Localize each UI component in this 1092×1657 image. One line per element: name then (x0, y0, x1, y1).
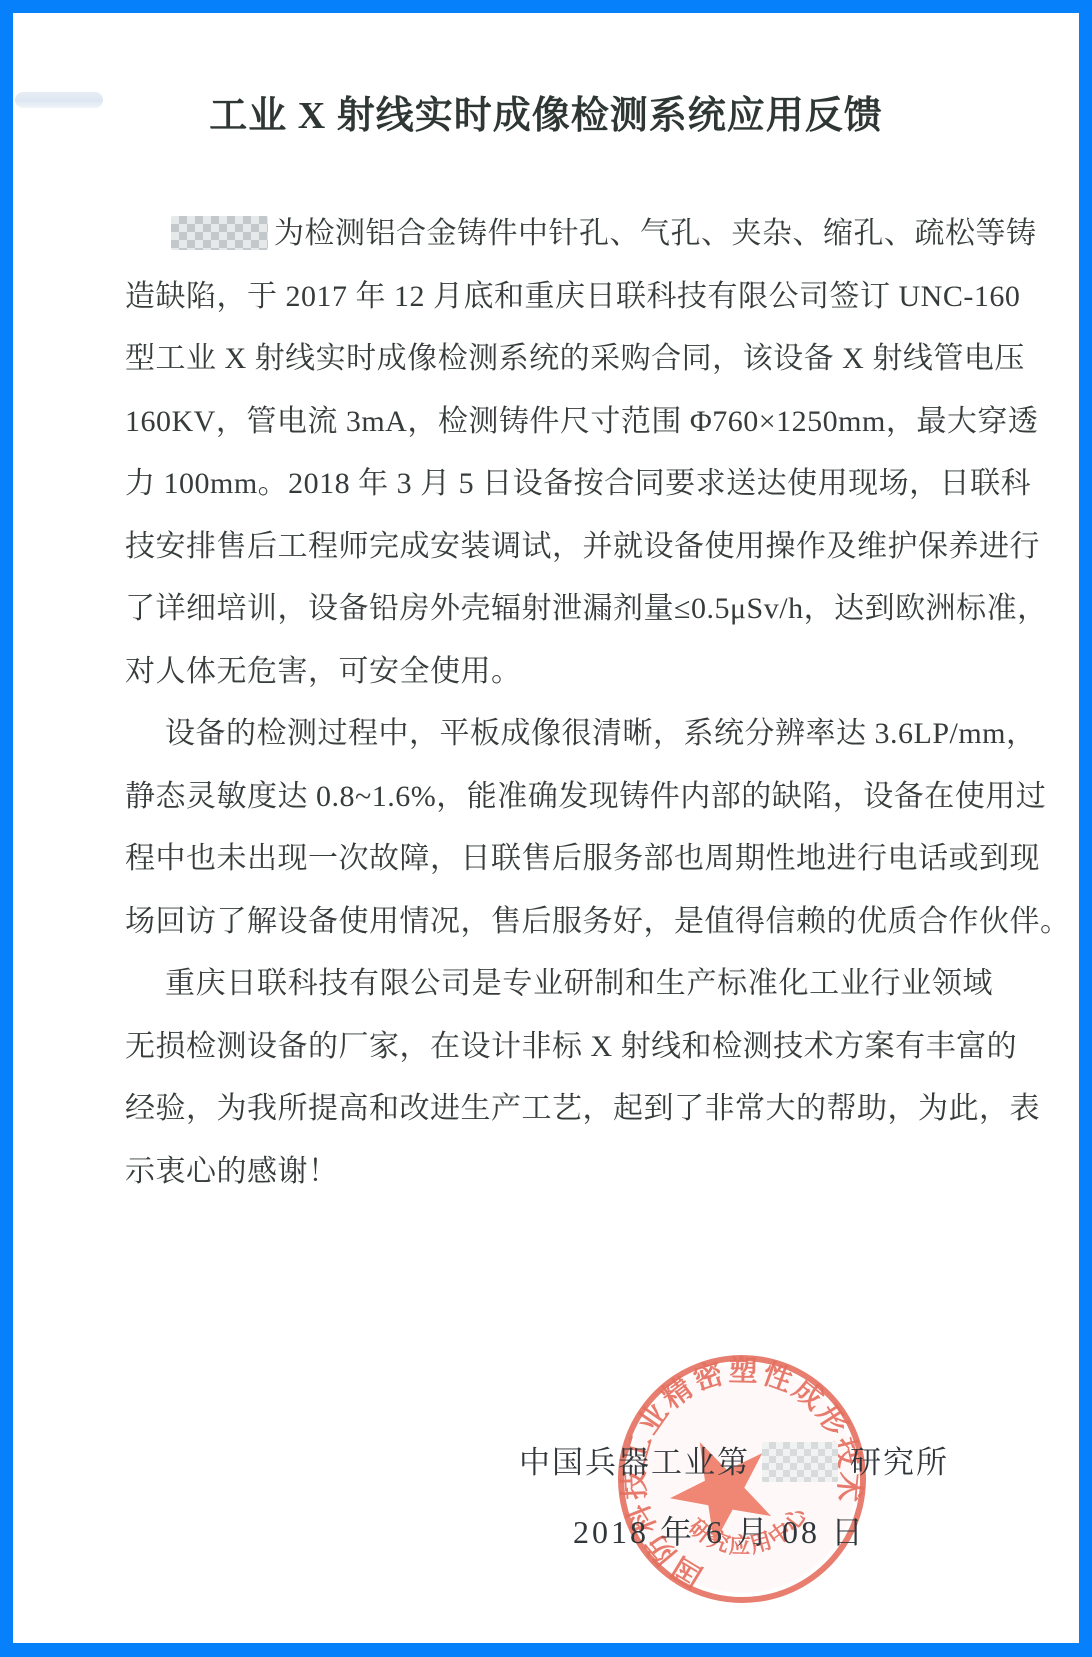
document-title: 工业 X 射线实时成像检测系统应用反馈 (13, 84, 1079, 139)
body-line: 对人体无危害，可安全使用。 (125, 641, 993, 704)
document-sheet: 工业 X 射线实时成像检测系统应用反馈 为检测铝合金铸件中针孔、气孔、夹杂、缩孔… (13, 13, 1079, 1643)
body-line: 场回访了解设备使用情况，售后服务好，是值得信赖的优质合作伙伴。 (125, 891, 993, 954)
body-text: 为检测铝合金铸件中针孔、气孔、夹杂、缩孔、疏松等铸 造缺陷，于 2017 年 1… (125, 203, 993, 1203)
signature-date: 2018 年 6 月 08 日 (573, 1507, 866, 1553)
body-line: 示衷心的感谢！ (125, 1141, 993, 1204)
body-line: 设备的检测过程中，平板成像很清晰，系统分辨率达 3.6LP/mm， (125, 703, 993, 766)
signature-org-suffix: 研究所 (850, 1445, 949, 1480)
body-line: 力 100mm。2018 年 3 月 5 日设备按合同要求送达使用现场，日联科 (125, 453, 993, 516)
body-line: 为检测铝合金铸件中针孔、气孔、夹杂、缩孔、疏松等铸 (125, 203, 993, 266)
body-line: 重庆日联科技有限公司是专业研制和生产标准化工业行业领域 (125, 953, 993, 1016)
body-line: 经验，为我所提高和改进生产工艺，起到了非常大的帮助，为此，表 (125, 1078, 993, 1141)
body-line: 静态灵敏度达 0.8~1.6%，能准确发现铸件内部的缺陷，设备在使用过 (125, 766, 993, 829)
body-line: 160KV，管电流 3mA，检测铸件尺寸范围 Φ760×1250mm，最大穿透 (125, 391, 993, 454)
body-line: 造缺陷，于 2017 年 12 月底和重庆日联科技有限公司签订 UNC-160 (125, 266, 993, 329)
redaction-blob (171, 216, 268, 250)
redaction-blob-signature (762, 1442, 838, 1482)
page-frame: { "document": { "title": "工业 X 射线实时成像检测系… (0, 0, 1092, 1657)
body-line: 无损检测设备的厂家，在设计非标 X 射线和检测技术方案有丰富的 (125, 1016, 993, 1079)
body-line-text: 为检测铝合金铸件中针孔、气孔、夹杂、缩孔、疏松等铸 (274, 217, 1037, 250)
body-line: 型工业 X 射线实时成像检测系统的采购合同，该设备 X 射线管电压 (125, 328, 993, 391)
signature-org-prefix: 中国兵器工业第 (519, 1445, 750, 1480)
signature-line: 中国兵器工业第研究所 (519, 1437, 949, 1482)
body-line: 技安排售后工程师完成安装调试，并就设备使用操作及维护保养进行 (125, 516, 993, 579)
body-line: 程中也未出现一次故障，日联售后服务部也周期性地进行电话或到现 (125, 828, 993, 891)
body-line: 了详细培训，设备铅房外壳辐射泄漏剂量≤0.5μSv/h，达到欧洲标准， (125, 578, 993, 641)
